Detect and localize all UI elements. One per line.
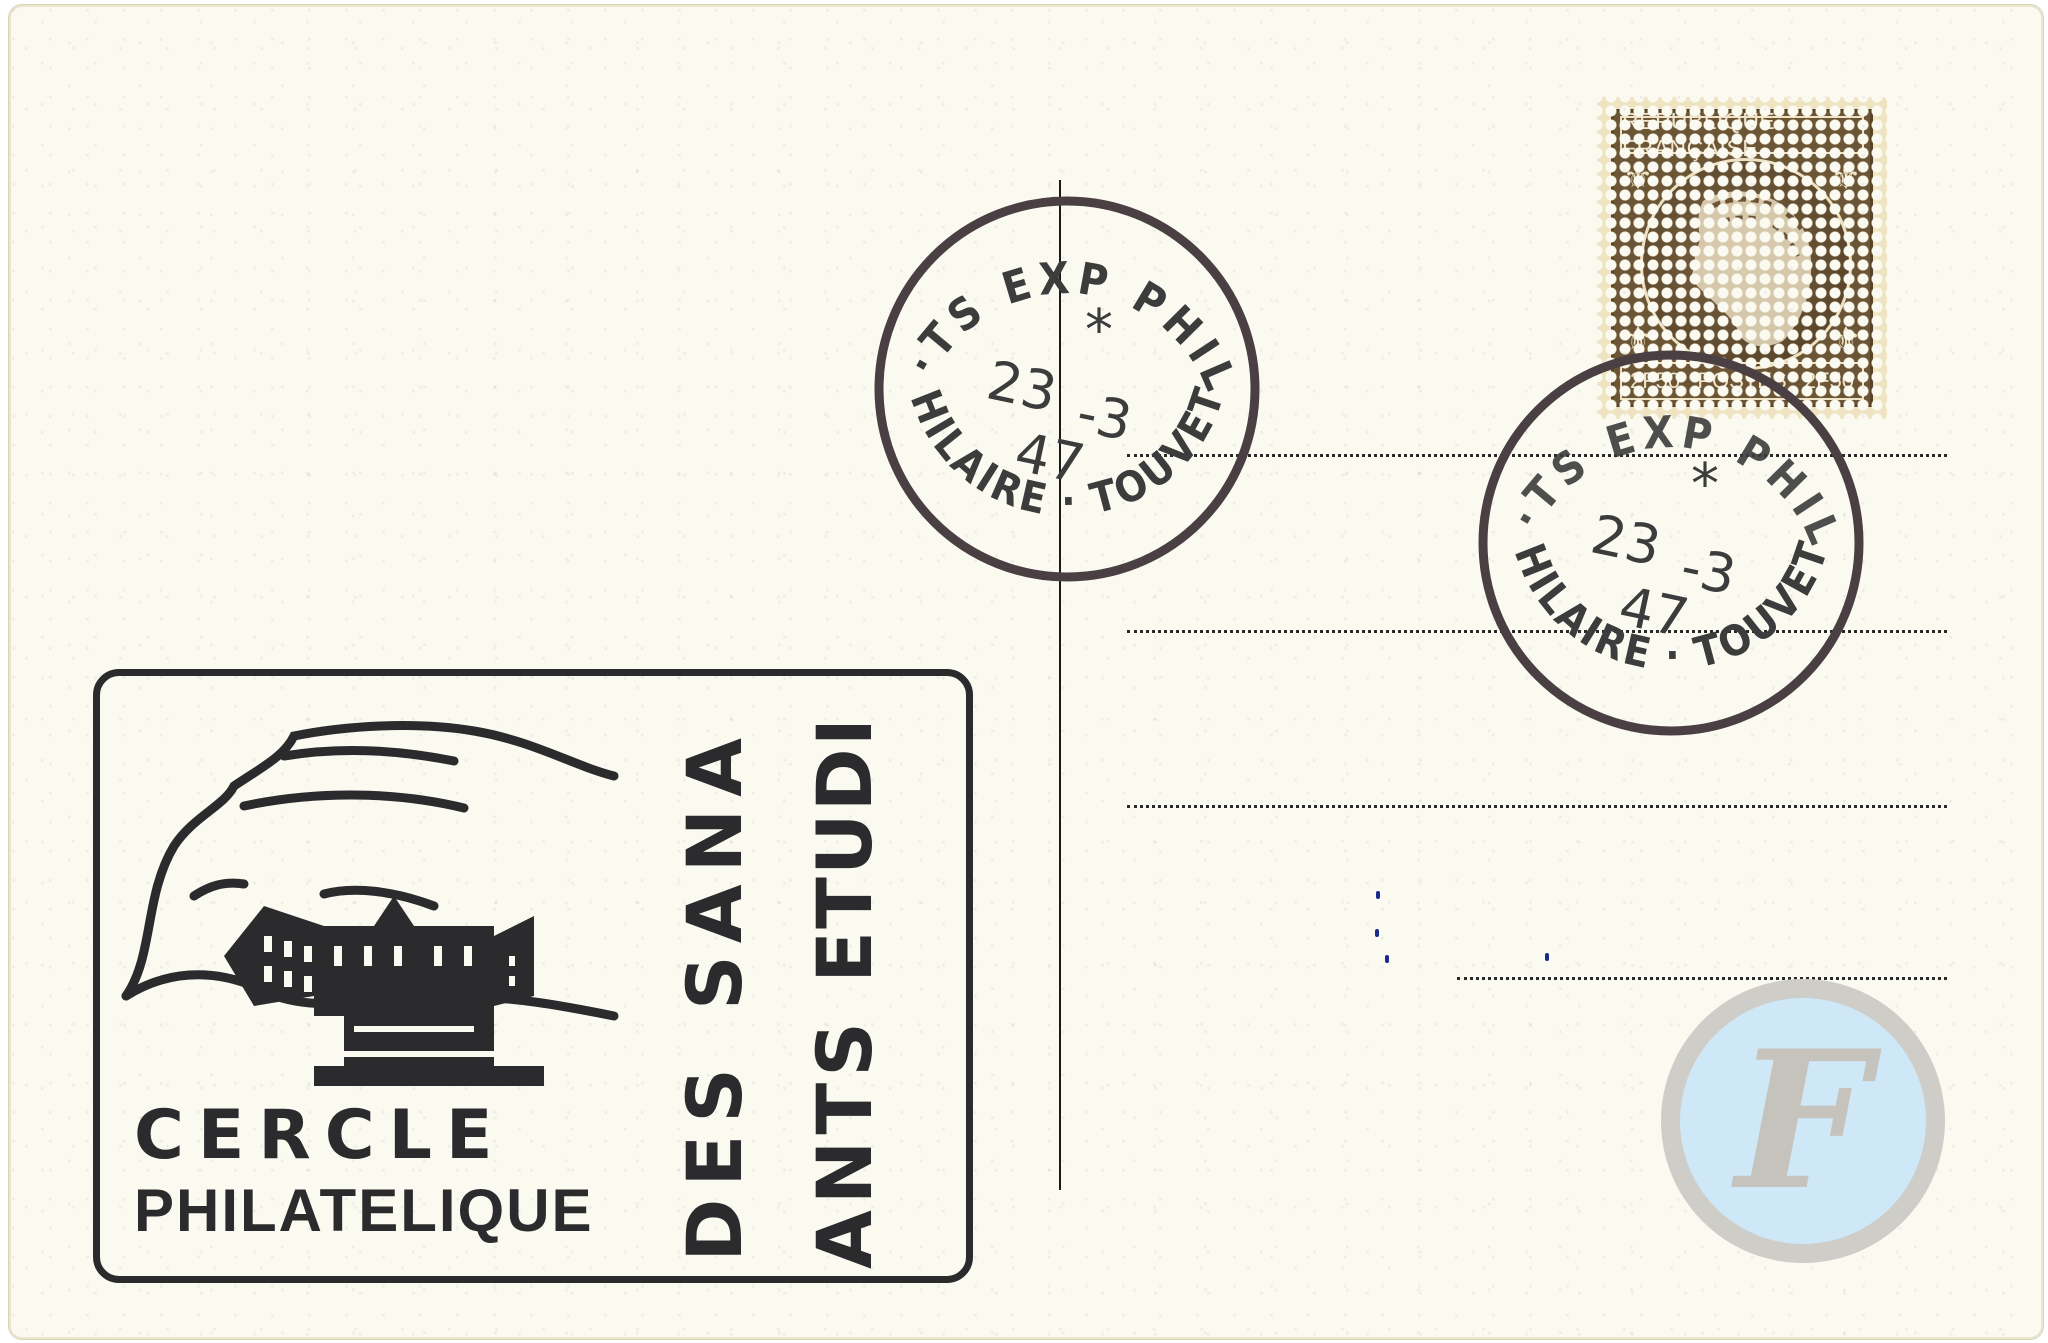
cachet-vertical-des: DES bbox=[670, 1056, 759, 1262]
cachet-cercle: CERCLE bbox=[134, 1096, 506, 1175]
watermark-logo: F bbox=[1661, 979, 1945, 1263]
postmark-left: ·TS EXP PHIL HILAIRE · TOUVET · ISERE * … bbox=[867, 189, 1267, 589]
cachet-vertical-etudiants: ETUDI bbox=[800, 716, 889, 983]
stamp-country: REPUBLIQUE FRANÇAISE bbox=[1620, 116, 1864, 154]
address-line-4 bbox=[1457, 977, 1947, 980]
cachet-philatelique: PHILATELIQUE bbox=[134, 1176, 594, 1245]
ink-speck bbox=[1376, 891, 1380, 899]
postmark-day: 23 bbox=[982, 349, 1062, 425]
sanatorium-illustration bbox=[114, 696, 674, 1116]
watermark-letter-icon: F bbox=[1680, 998, 1926, 1244]
cachet-vertical-sana: SANA bbox=[670, 726, 759, 1010]
postmark-day: 23 bbox=[1586, 503, 1666, 579]
ink-speck bbox=[1545, 953, 1549, 961]
philatelic-club-cachet: CERCLE PHILATELIQUE SANA DES ETUDI ANTS bbox=[93, 669, 973, 1283]
ink-speck bbox=[1375, 929, 1379, 937]
address-line-3 bbox=[1127, 805, 1947, 808]
ceres-head-medallion bbox=[1640, 158, 1852, 370]
ink-speck bbox=[1385, 955, 1389, 963]
postcard-back: CERCLE PHILATELIQUE SANA DES ETUDI ANTS … bbox=[8, 4, 2044, 1340]
postmark-right: ·TS EXP PHIL HILAIRE · TOUVET · ISERE * … bbox=[1471, 343, 1871, 743]
postmark-star: * bbox=[1085, 298, 1113, 363]
ceres-profile-icon bbox=[1643, 161, 1849, 367]
cachet-vertical-ants: ANTS bbox=[800, 1016, 889, 1269]
postmark-star: * bbox=[1691, 452, 1719, 517]
